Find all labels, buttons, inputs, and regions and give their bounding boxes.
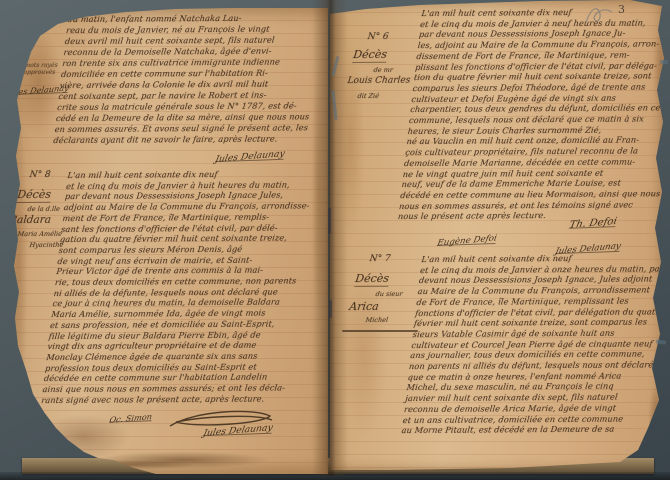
margin-entry-name2: Maria Amélie bbox=[17, 230, 62, 238]
entry1-margin-type: Décès bbox=[352, 48, 387, 63]
margin-entry-type: Décès bbox=[16, 188, 51, 203]
page-number: 3 bbox=[618, 3, 625, 16]
right-page: N° 6 Décès de mr Louis Charles dit Zié L… bbox=[330, 0, 670, 474]
scanned-register-page: sept mots rayés nuls approuvés Jules Del… bbox=[0, 0, 670, 480]
entry1-margin-name2: dit Zié bbox=[357, 92, 379, 100]
blue-pencil-mark bbox=[660, 60, 668, 64]
margin-entry-name1: Baldara bbox=[9, 214, 52, 226]
left-page: sept mots rayés nuls approuvés Jules Del… bbox=[6, 8, 328, 474]
entry1-witness1-signature: Eugène Defoi bbox=[436, 233, 497, 247]
margin-entry-of: de la d.lle bbox=[27, 205, 60, 213]
act1-text: du matin, l'enfant nommé Natchaka Lau-re… bbox=[53, 12, 318, 146]
entry2-margin-name2: Michel bbox=[365, 316, 388, 324]
entry1-margin-number: N° 6 bbox=[367, 32, 389, 42]
margin-approval-note: sept mots rayés nuls approuvés bbox=[8, 62, 58, 76]
margin-entry-number: N° 8 bbox=[29, 170, 51, 180]
entry2-text: L'an mil huit cent soixante dix neufet l… bbox=[401, 252, 662, 436]
entry2-margin-number: N° 7 bbox=[369, 254, 391, 264]
margin-separator-rule bbox=[342, 330, 418, 332]
entry1-text: L'an mil huit cent soixante dix neufet l… bbox=[397, 6, 662, 222]
entry1-margin-name1: Louis Charles bbox=[347, 76, 411, 86]
act1-signature: Jules Delaunay bbox=[214, 149, 285, 164]
entry2-margin-of: du sieur bbox=[375, 290, 403, 298]
binding-stitch bbox=[329, 300, 332, 318]
signature-flourish bbox=[166, 406, 276, 434]
entry2-margin-name1: Arica bbox=[348, 300, 379, 313]
entry1-margin-of: de mr bbox=[373, 66, 393, 74]
margin-approval-line2: nuls approuvés bbox=[8, 69, 57, 76]
entry2-margin-type: Décès bbox=[354, 272, 389, 287]
act2-witness-signature: Oc. Simon bbox=[109, 412, 153, 424]
pencil-squiggle bbox=[582, 4, 616, 26]
act2-text: L'an mil huit cent soixante dix neufet l… bbox=[41, 168, 320, 405]
binding-stitch bbox=[328, 208, 331, 234]
